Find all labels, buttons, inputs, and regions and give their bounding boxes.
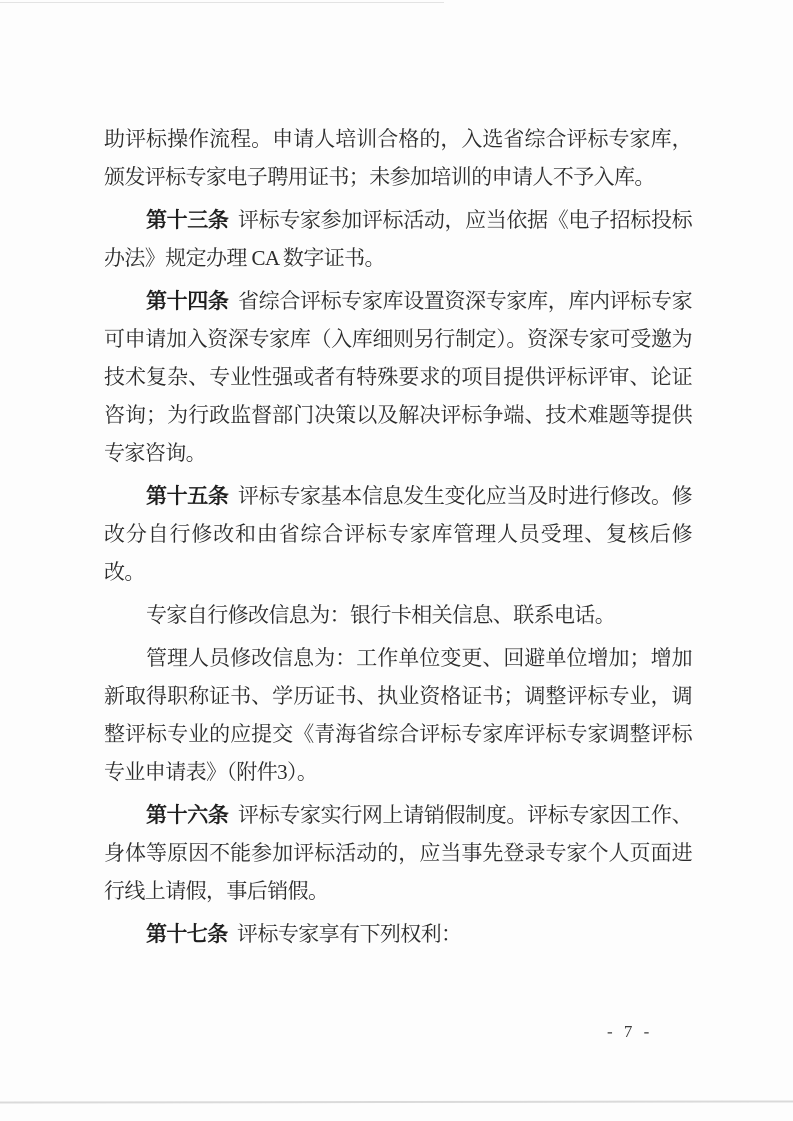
article-number: 第十五条 xyxy=(146,484,229,508)
article-number: 第十七条 xyxy=(146,922,228,946)
document-page: 助评标操作流程。申请人培训合格的，入选省综合评标专家库，颁发评标专家电子聘用证书… xyxy=(0,0,793,1121)
paragraph-text: 评标专家享有下列权利： xyxy=(237,922,461,946)
article-number: 第十四条 xyxy=(146,289,229,313)
paragraph-text: 助评标操作流程。申请人培训合格的，入选省综合评标专家库，颁发评标专家电子聘用证书… xyxy=(104,127,692,189)
article-number: 第十六条 xyxy=(146,803,229,827)
document-body: 助评标操作流程。申请人培训合格的，入选省综合评标专家库，颁发评标专家电子聘用证书… xyxy=(104,120,692,958)
paragraph-text: 专家自行修改信息为：银行卡相关信息、联系电话。 xyxy=(146,603,615,627)
article-number: 第十三条 xyxy=(146,208,229,232)
paragraph-text: 省综合评标专家库设置资深专家库，库内评标专家可申请加入资深专家库（入库细则另行制… xyxy=(104,289,692,465)
paragraph: 管理人员修改信息为：工作单位变更、回避单位增加；增加新取得职称证书、学历证书、执… xyxy=(104,639,692,791)
scan-edge-top xyxy=(0,2,444,3)
paragraph: 助评标操作流程。申请人培训合格的，入选省综合评标专家库，颁发评标专家电子聘用证书… xyxy=(104,120,692,196)
paragraph: 第十四条省综合评标专家库设置资深专家库，库内评标专家可申请加入资深专家库（入库细… xyxy=(104,282,692,472)
paragraph: 第十七条评标专家享有下列权利： xyxy=(104,915,692,953)
paragraph: 第十六条评标专家实行网上请销假制度。评标专家因工作、身体等原因不能参加评标活动的… xyxy=(104,796,692,910)
paragraph: 第十五条评标专家基本信息发生变化应当及时进行修改。修改分自行修改和由省综合评标专… xyxy=(104,477,692,591)
page-number: - 7 - xyxy=(607,1021,650,1043)
paragraph: 第十三条评标专家参加评标活动，应当依据《电子招标投标办法》规定办理 CA 数字证… xyxy=(104,201,692,277)
paragraph-text: 管理人员修改信息为：工作单位变更、回避单位增加；增加新取得职称证书、学历证书、执… xyxy=(104,646,692,784)
paragraph: 专家自行修改信息为：银行卡相关信息、联系电话。 xyxy=(104,596,692,634)
scan-edge-bottom xyxy=(0,1100,793,1103)
